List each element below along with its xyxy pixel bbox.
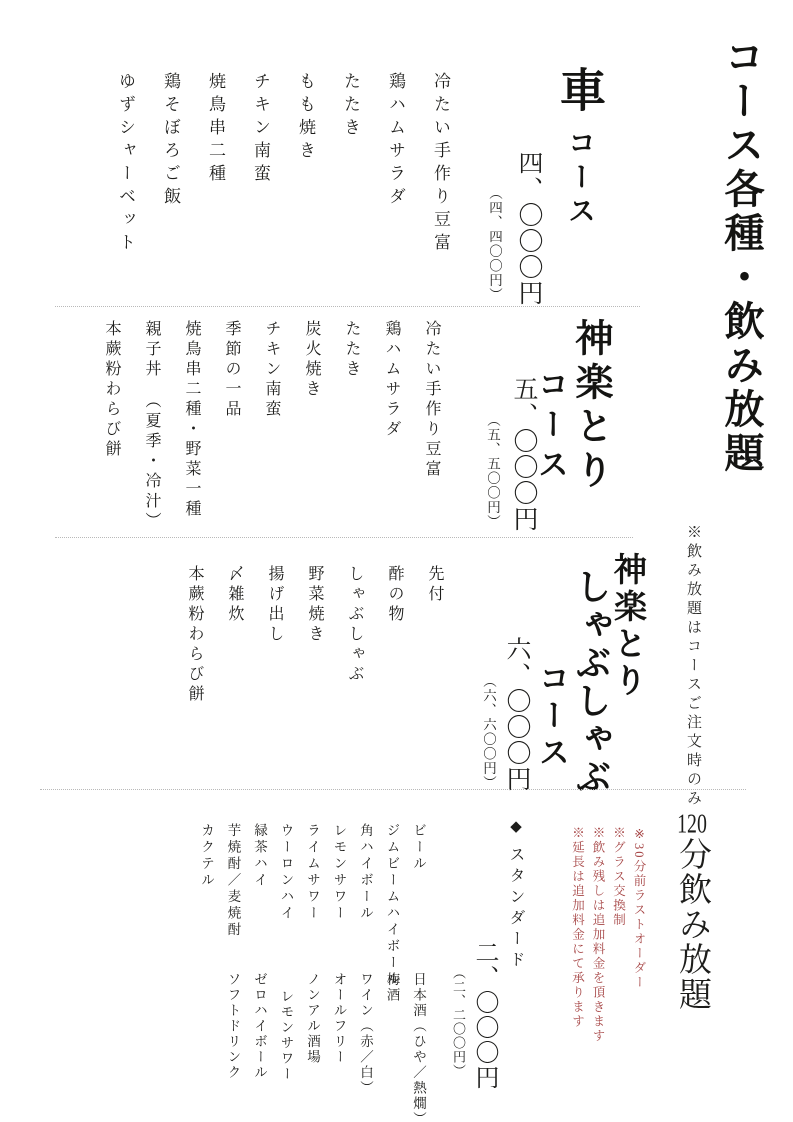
menu-item: 炭火焼き <box>303 320 319 532</box>
nomihodai-title-minutes: 120 <box>677 810 707 837</box>
course-name-suffix: コース <box>536 662 567 773</box>
menu-page: コース各種・飲み放題 ※飲み放題はコースご注文時のみ 車コース 四、〇〇〇円 （… <box>0 0 793 1122</box>
menu-item: 野菜焼き <box>306 565 322 705</box>
plan-price-tax: （二、二〇〇円） <box>452 966 465 1078</box>
menu-item: 鶏ハムサラダ <box>387 72 404 256</box>
nomihodai-title: 120分飲み放題 <box>675 810 708 1012</box>
note-item: ※グラス交換制 <box>612 826 625 1044</box>
nomihodai-title-text: 分飲み放題 <box>674 837 710 1012</box>
note-item: ※延長は追加料金にて承ります <box>571 826 584 1044</box>
course-name-line2: しゃぶしゃぶ <box>573 568 609 796</box>
drink-item: カクテル <box>200 823 214 988</box>
plan-name: ◆スタンダード <box>507 817 523 972</box>
course-title: 車コース <box>556 66 602 230</box>
drink-item: 角ハイボール <box>359 823 373 988</box>
menu-item: チキン南蛮 <box>252 72 269 256</box>
course-item-list: 冷たい手作り豆富 鶏ハムサラダ たたき もも焼き チキン南蛮 焼鳥串二種 鶏そぼ… <box>89 72 449 256</box>
menu-item: 先付 <box>426 565 442 705</box>
drink-item: ノンアル酒場 <box>306 972 320 1122</box>
course-name: 車 <box>554 66 605 118</box>
note-item: ※飲み残しは追加料金を頂きます <box>592 826 605 1044</box>
menu-item: 本蕨粉わらび餅 <box>103 320 119 532</box>
menu-item: 〆雑炊 <box>226 565 242 705</box>
course-name: 神楽とり <box>571 318 609 494</box>
nomihodai-condition-note: ※飲み放題はコースご注文時のみ <box>685 524 700 809</box>
drink-item: レモンサワー <box>279 972 293 1122</box>
drink-item: ライムサワー <box>306 823 320 988</box>
drink-item: ゼロハイボール <box>253 972 267 1122</box>
menu-item: 焼鳥串二種・野菜一種 <box>183 320 199 532</box>
note-item: ※30分前ラストオーダー <box>633 826 646 1044</box>
menu-item: しゃぶしゃぶ <box>346 565 362 705</box>
plan-name-text: スタンダード <box>507 846 524 972</box>
diamond-bullet-icon: ◆ <box>507 817 523 846</box>
course-price-tax: （六、六〇〇円） <box>482 674 496 790</box>
course-item-list: 冷たい手作り豆富 鶏ハムサラダ たたき 炭火焼き チキン南蛮 季節の一品 焼鳥串… <box>79 320 439 532</box>
course-name-suffix: コース <box>535 368 566 488</box>
section-divider <box>55 537 633 538</box>
course-price: 六、〇〇〇円 <box>504 636 529 792</box>
course-price-tax: （五、五〇〇円） <box>486 413 500 529</box>
plan-price: 二、〇〇〇円 <box>472 940 496 1090</box>
course-price: 五、〇〇〇円 <box>511 376 536 532</box>
menu-item: 親子丼 （夏季・冷汁） <box>143 320 159 532</box>
course-price-tax: （四、四〇〇円） <box>488 186 502 302</box>
drink-item: ワイン（赤／白） <box>359 972 373 1122</box>
menu-item: 酢の物 <box>386 565 402 705</box>
drink-item: ソフトドリンク <box>226 972 240 1122</box>
section-divider <box>55 306 640 307</box>
menu-item: ゆずシャーベット <box>117 72 134 256</box>
course-price: 四、〇〇〇円 <box>516 150 541 306</box>
nomihodai-notes: ※30分前ラストオーダー ※グラス交換制 ※飲み残しは追加料金を頂きます ※延長… <box>563 826 645 1044</box>
menu-item: 鶏そぼろご飯 <box>162 72 179 256</box>
drink-item: 芋焼酎／麦焼酎 <box>226 823 240 988</box>
menu-item: 冷たい手作り豆富 <box>432 72 449 256</box>
section-divider <box>40 789 746 790</box>
menu-item: 鶏ハムサラダ <box>383 320 399 532</box>
drink-item: 緑茶ハイ <box>253 823 267 988</box>
course-name-line1: 神楽とり <box>610 552 643 700</box>
menu-item: もも焼き <box>297 72 314 256</box>
menu-item: 揚げ出し <box>266 565 282 705</box>
drink-item: レモンサワー <box>332 823 346 988</box>
menu-item: 季節の一品 <box>223 320 239 532</box>
menu-item: チキン南蛮 <box>263 320 279 532</box>
menu-item: たたき <box>343 320 359 532</box>
drink-item: オールフリー <box>332 972 346 1122</box>
drink-item: 梅酒 <box>385 972 399 1122</box>
drink-item: ジムビームハイボール <box>385 823 399 988</box>
drink-item: 日本酒（ひや／熱燗） <box>412 972 426 1122</box>
drink-list-row1: ビール ジムビームハイボール 角ハイボール レモンサワー ライムサワー ウーロン… <box>187 823 426 988</box>
drink-list-row2: 日本酒（ひや／熱燗） 梅酒 ワイン（赤／白） オールフリー ノンアル酒場 レモン… <box>213 972 425 1122</box>
course-name-suffix: コース <box>564 118 595 230</box>
menu-item: 冷たい手作り豆富 <box>423 320 439 532</box>
course-item-list: 先付 酢の物 しゃぶしゃぶ 野菜焼き 揚げ出し 〆雑炊 本蕨粉わらび餅 <box>162 565 442 705</box>
menu-item: たたき <box>342 72 359 256</box>
menu-item: 焼鳥串二種 <box>207 72 224 256</box>
drink-item: ビール <box>412 823 426 988</box>
menu-item: 本蕨粉わらび餅 <box>186 565 202 705</box>
drink-item: ウーロンハイ <box>279 823 293 988</box>
page-title: コース各種・飲み放題 <box>721 36 761 476</box>
